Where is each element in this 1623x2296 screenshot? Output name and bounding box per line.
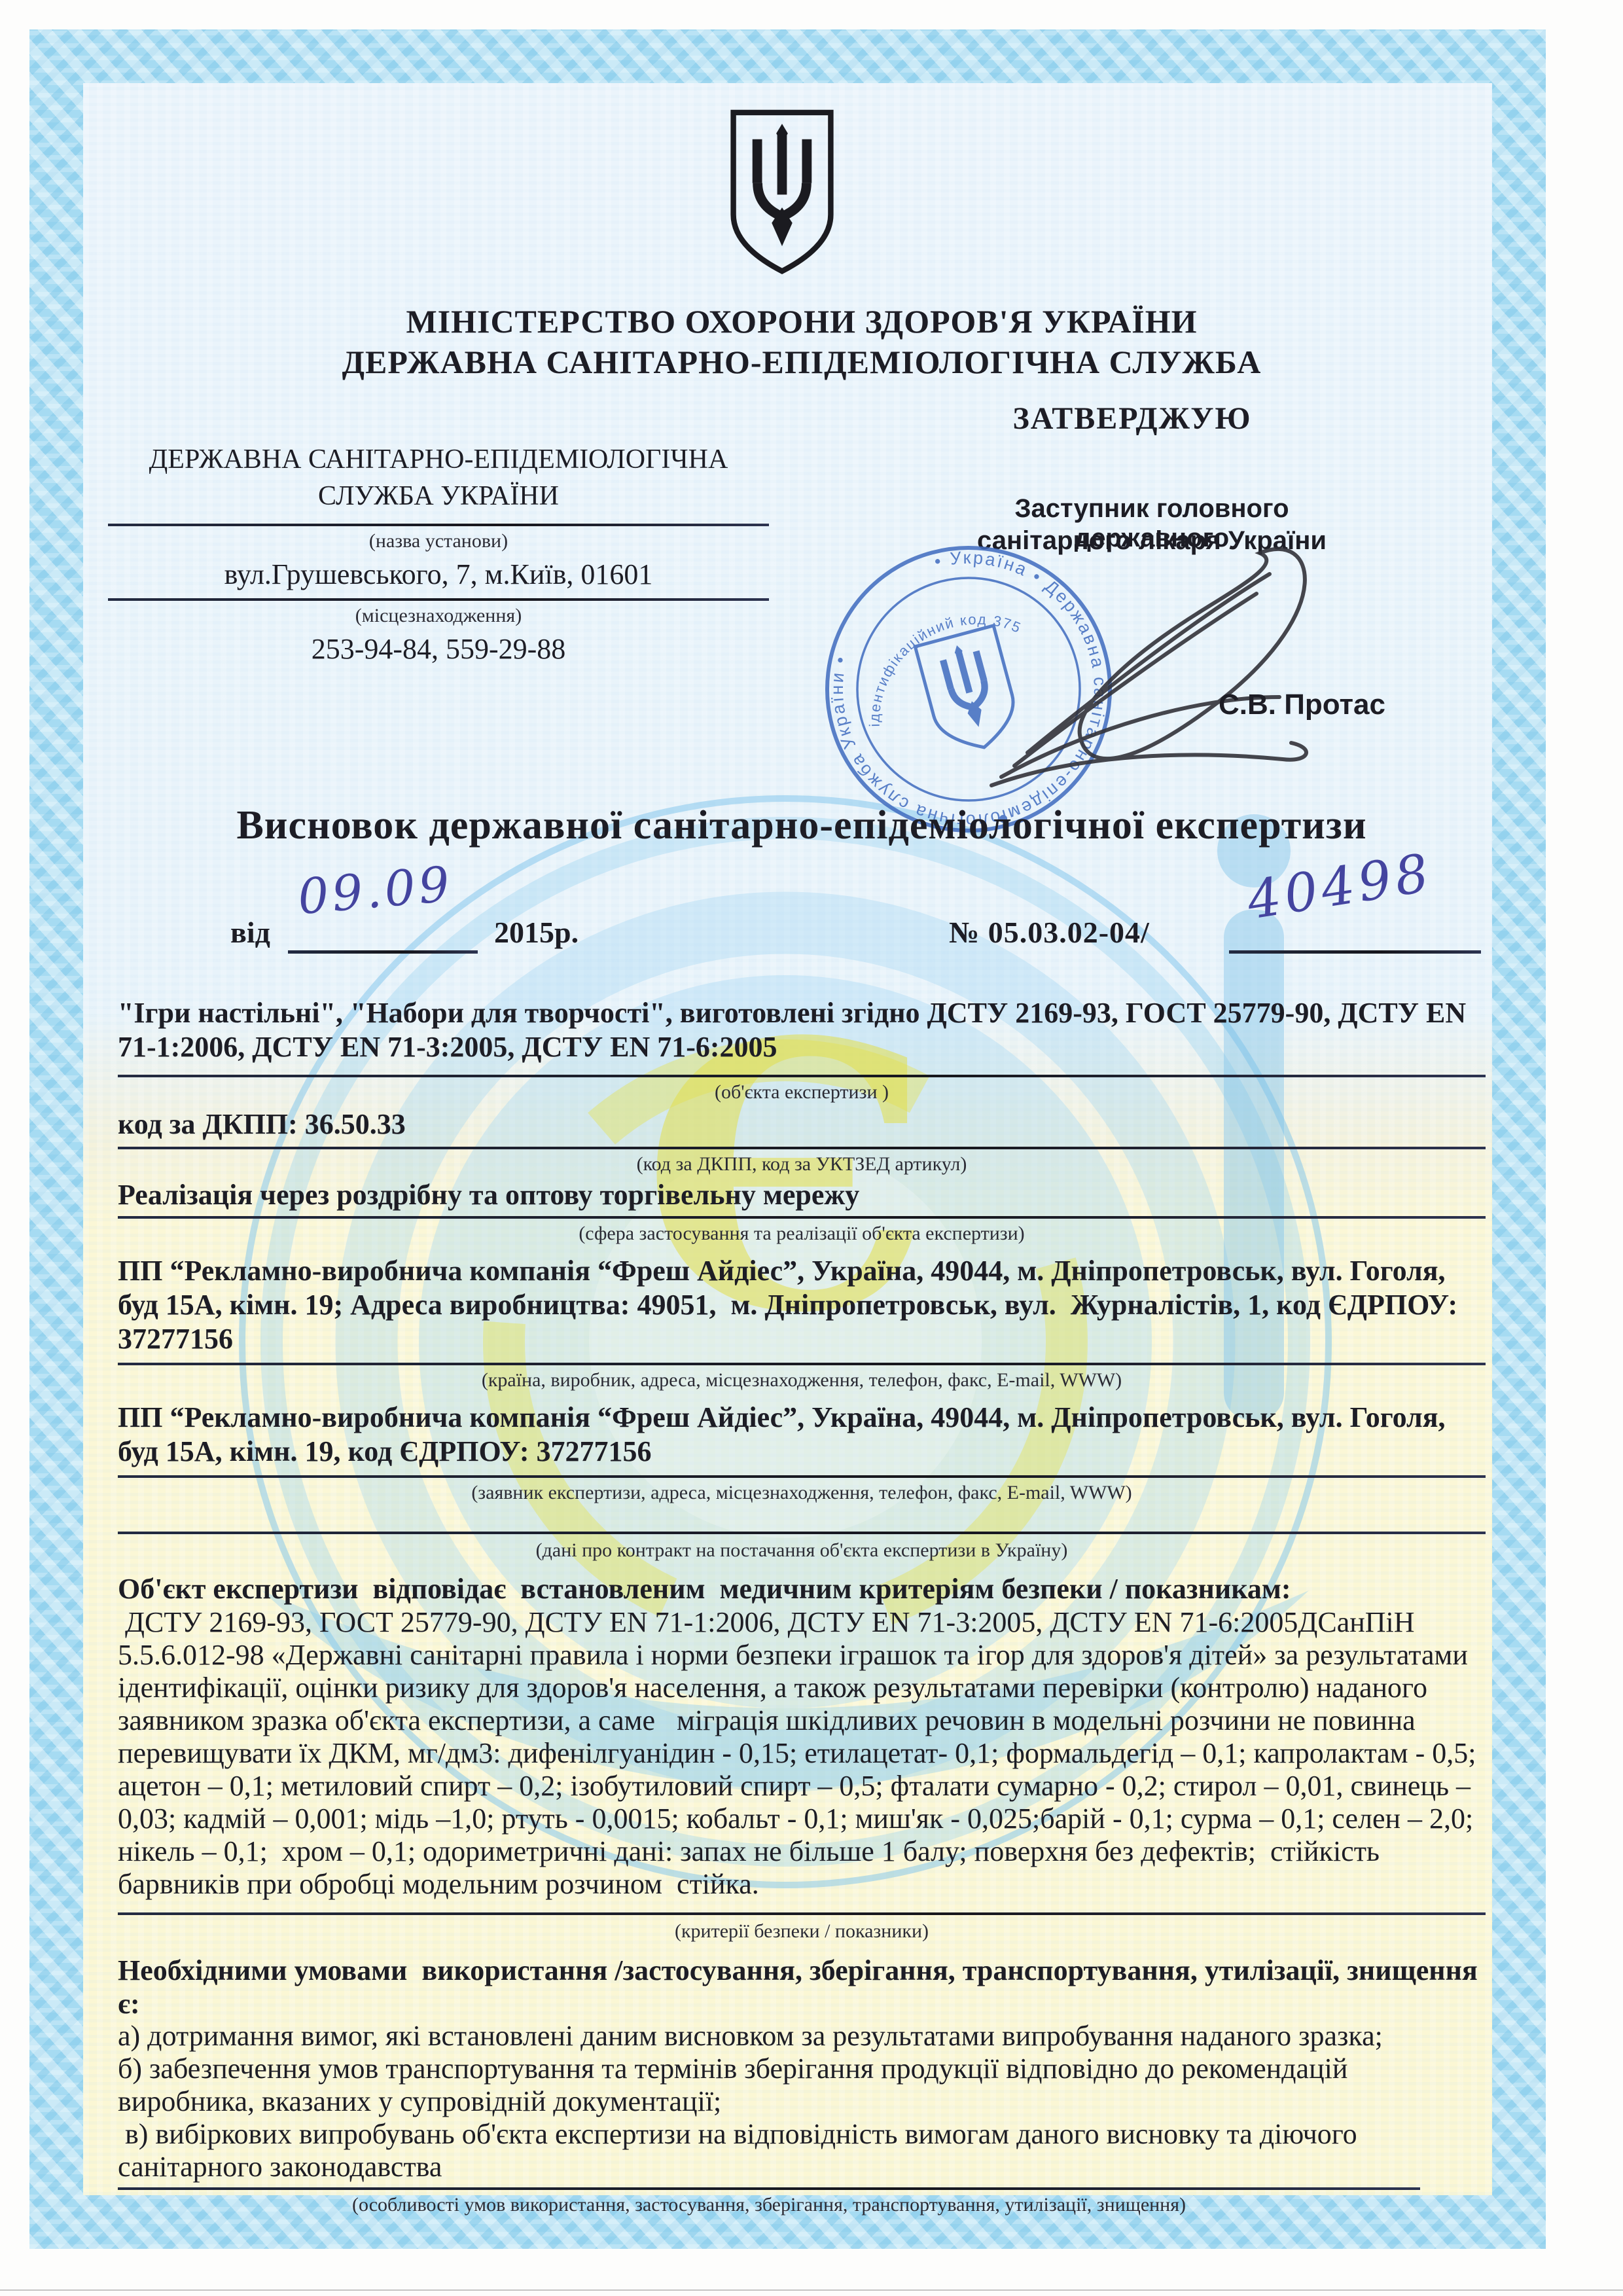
issuer-name-line2: СЛУЖБА УКРАЇНИ [105, 480, 772, 512]
dkpp-caption: (код за ДКПП, код за УКТЗЕД артикул) [118, 1153, 1486, 1175]
dkpp-code-text: код за ДКПП: 36.50.33 [118, 1107, 1486, 1141]
field-underline [108, 524, 769, 526]
conditions-heading-2: є: [118, 1987, 1486, 2021]
trident-emblem-icon [723, 97, 841, 290]
handwritten-date: 09.09 [296, 856, 455, 925]
handwritten-number: 40498 [1243, 842, 1436, 931]
criteria-heading: Об'єкт експертизи відповідає встановлени… [118, 1572, 1486, 1606]
approve-label: ЗАТВЕРДЖУЮ [949, 401, 1315, 437]
criteria-text: ДСТУ 2169-93, ГОСТ 25779-90, ДСТУ EN 71-… [118, 1606, 1486, 1901]
signature-icon [913, 533, 1358, 828]
conditions-heading: Необхідними умовами використання /застос… [118, 1954, 1486, 1988]
ministry-title-line2: ДЕРЖАВНА САНІТАРНО-ЕПІДЕМІОЛОГІЧНА СЛУЖБ… [118, 343, 1486, 381]
scanned-certificate-page: Є МІНІСТЕРСТВО ОХОРОНИ ЗДОРОВ'Я УКРАЇНИ … [0, 0, 1623, 2296]
issuer-phones: 253-94-84, 559-29-88 [105, 632, 772, 666]
field-underline [288, 950, 478, 954]
manufacturer-text: ПП “Рекламно-виробнича компанія “Фреш Ай… [118, 1254, 1486, 1356]
date-suffix: 2015р. [494, 915, 579, 950]
object-caption: (об'єкта експертизи ) [118, 1081, 1486, 1103]
conditions-caption: (особливості умов використання, застосув… [118, 2194, 1420, 2216]
applicant-caption: (заявник експертизи, адреса, місцезнаход… [118, 1482, 1486, 1504]
field-underline [118, 1532, 1486, 1534]
condition-item-b: б) забезпечення умов транспортування та … [118, 2053, 1486, 2118]
issuer-address: вул.Грушевського, 7, м.Київ, 01601 [105, 558, 772, 591]
field-underline [108, 598, 769, 601]
page-title: Висновок державної санітарно-епідеміолог… [118, 802, 1486, 849]
condition-item-a: а) дотримання вимог, які встановлені дан… [118, 2020, 1486, 2053]
case-number-prefix: № 05.03.02-04/ [949, 915, 1150, 950]
condition-item-c: в) вибіркових випробувань об'єкта експер… [118, 2118, 1486, 2183]
issuer-address-caption: (місцезнаходження) [105, 605, 772, 627]
field-underline [118, 1075, 1486, 1077]
approver-name: С.В. Протас [1219, 689, 1385, 721]
field-underline [118, 2187, 1420, 2190]
field-underline [1229, 950, 1481, 954]
issuer-name-line1: ДЕРЖАВНА САНІТАРНО-ЕПІДЕМІОЛОГІЧНА [105, 444, 772, 475]
field-underline [118, 1912, 1486, 1915]
field-underline [118, 1147, 1486, 1149]
ministry-title-line1: МІНІСТЕРСТВО ОХОРОНИ ЗДОРОВ'Я УКРАЇНИ [118, 302, 1486, 340]
date-prefix: від [230, 915, 270, 950]
sphere-text: Реалізація через роздрібну та оптову тор… [118, 1178, 1486, 1212]
sphere-caption: (сфера застосування та реалізації об'єкт… [118, 1223, 1486, 1245]
object-of-expertise-text: "Ігри настільні", "Набори для творчості"… [118, 996, 1486, 1064]
contract-caption: (дані про контракт на постачання об'єкта… [118, 1539, 1486, 1562]
field-underline [118, 1216, 1486, 1219]
issuer-name-caption: (назва установи) [105, 530, 772, 552]
field-underline [118, 1363, 1486, 1365]
field-underline [118, 1475, 1486, 1478]
manufacturer-caption: (країна, виробник, адреса, місцезнаходже… [118, 1369, 1486, 1391]
applicant-text: ПП “Рекламно-виробнича компанія “Фреш Ай… [118, 1401, 1486, 1469]
criteria-caption: (критерії безпеки / показники) [118, 1920, 1486, 1943]
